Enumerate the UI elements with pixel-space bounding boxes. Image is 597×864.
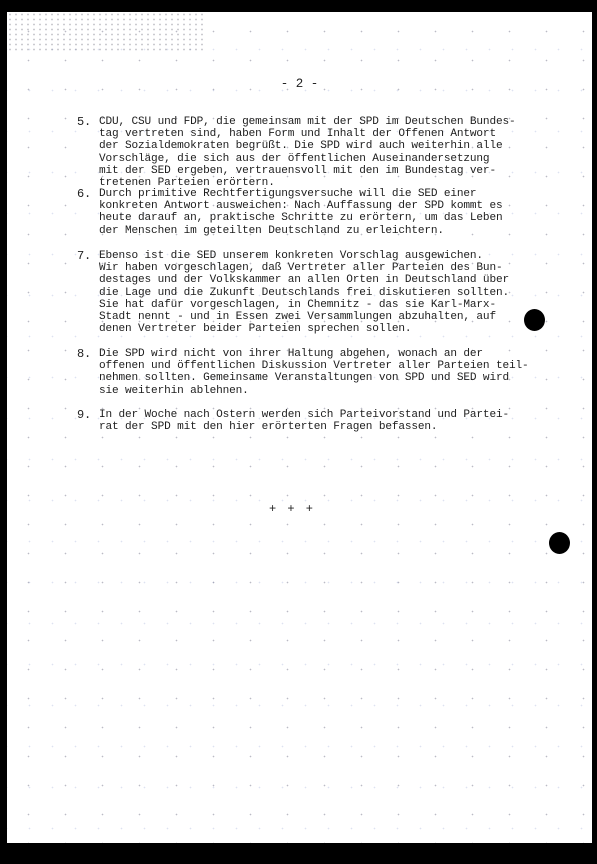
text-line: sie weiterhin ablehnen.: [99, 385, 559, 397]
list-item-9: 9. In der Woche nach Ostern werden sich …: [79, 409, 559, 433]
text-line: Stadt nennt - und in Essen zwei Versamml…: [99, 311, 559, 323]
text-line: Wir haben vorgeschlagen, daß Vertreter a…: [99, 262, 559, 274]
text-line: In der Woche nach Ostern werden sich Par…: [99, 409, 559, 421]
text-line: die Lage und die Zukunft Deutschlands fr…: [99, 287, 559, 299]
text-line: konkreten Antwort ausweichen: Nach Auffa…: [99, 200, 559, 212]
text-line: der Sozialdemokraten begrüßt. Die SPD wi…: [99, 140, 559, 152]
end-marker: + + +: [269, 502, 315, 516]
list-item-8: 8. Die SPD wird nicht von ihrer Haltung …: [79, 348, 559, 397]
text-line: Sie hat dafür vorgeschlagen, in Chemnitz…: [99, 299, 559, 311]
list-item-5: 5. CDU, CSU und FDP, die gemeinsam mit d…: [79, 116, 559, 189]
punch-hole: [524, 309, 545, 331]
item-number: 7.: [77, 250, 91, 262]
item-number: 6.: [77, 188, 91, 200]
list-item-6: 6. Durch primitive Rechtfertigungsversuc…: [79, 188, 559, 237]
page-number: - 2 -: [7, 77, 592, 91]
text-line: der Menschen im geteilten Deutschland zu…: [99, 225, 559, 237]
item-number: 5.: [77, 116, 91, 128]
text-line: denen Vertreter beider Parteien sprechen…: [99, 323, 559, 335]
text-line: Durch primitive Rechtfertigungsversuche …: [99, 188, 559, 200]
text-line: offenen und öffentlichen Diskussion Vert…: [99, 360, 559, 372]
text-line: nehmen sollten. Gemeinsame Veranstaltung…: [99, 372, 559, 384]
text-line: Die SPD wird nicht von ihrer Haltung abg…: [99, 348, 559, 360]
list-item-7: 7. Ebenso ist die SED unserem konkreten …: [79, 250, 559, 335]
item-number: 8.: [77, 348, 91, 360]
punch-hole: [549, 532, 570, 554]
document-page: - 2 - 5. CDU, CSU und FDP, die gemeinsam…: [7, 12, 592, 843]
text-line: tag vertreten sind, haben Form und Inhal…: [99, 128, 559, 140]
text-line: Vorschläge, die sich aus der öffentliche…: [99, 153, 559, 165]
scan-noise: [7, 12, 207, 52]
item-number: 9.: [77, 409, 91, 421]
text-line: rat der SPD mit den hier erörterten Frag…: [99, 421, 559, 433]
text-line: mit der SED ergeben, vertrauensvoll mit …: [99, 165, 559, 177]
text-line: heute darauf an, praktische Schritte zu …: [99, 212, 559, 224]
text-line: Ebenso ist die SED unserem konkreten Vor…: [99, 250, 559, 262]
text-line: CDU, CSU und FDP, die gemeinsam mit der …: [99, 116, 559, 128]
text-line: destages und der Volkskammer an allen Or…: [99, 274, 559, 286]
